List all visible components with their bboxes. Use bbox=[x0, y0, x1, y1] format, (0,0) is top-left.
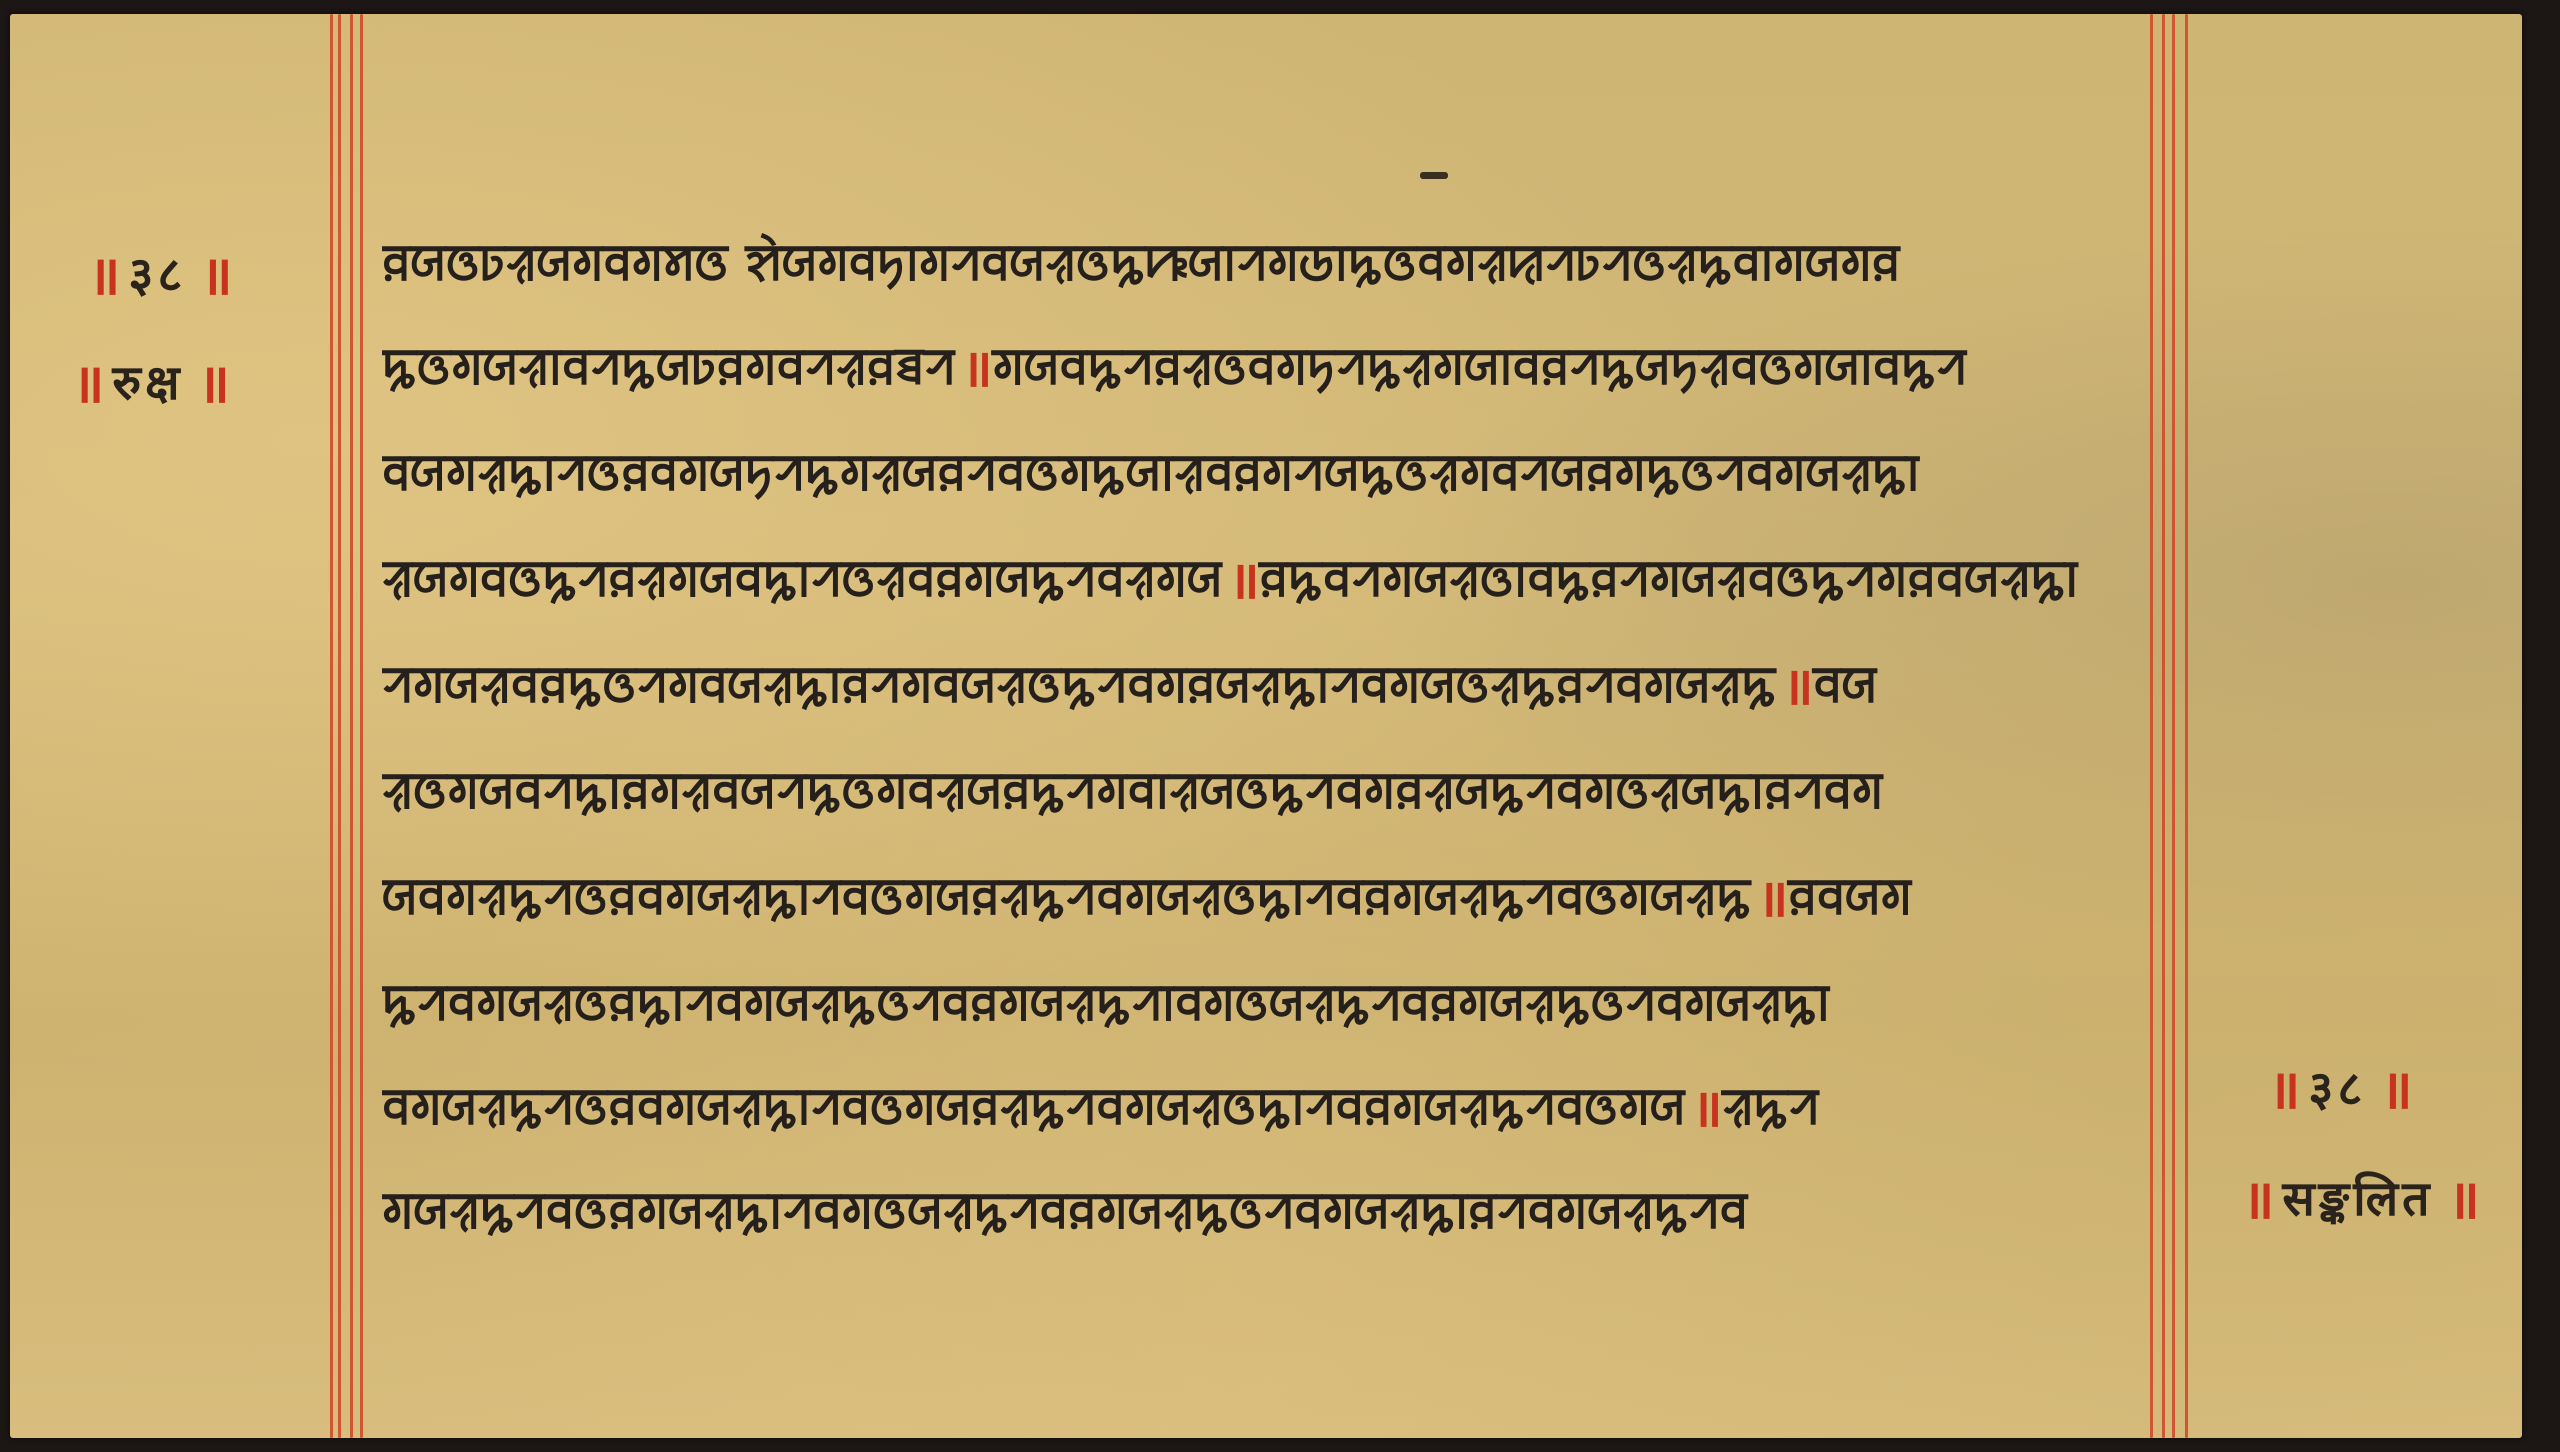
folio-label: रुक्ष bbox=[112, 349, 183, 414]
line-text: ꠅꠎꠃꠑꠟꠎꠉꠛꠉꠝꠃ ꠡꠦꠎꠉꠛꠠꠣꠉꠞꠛꠎꠟꠃꠍꠚꠎꠣꠞꠉꠒꠣꠍꠃꠛꠉꠟꠢꠞ… bbox=[382, 232, 1900, 292]
left-margin-rule bbox=[330, 14, 333, 1438]
line-text: ꠟꠎꠉꠛꠃꠍꠞꠅꠟꠉꠎꠛꠍꠣꠞꠃꠟꠛꠅꠉꠎꠍꠞꠛꠟꠉꠎ bbox=[382, 548, 1222, 608]
line-text: ꠉꠎꠟꠍꠞꠛꠃꠅꠉꠎꠟꠍꠣꠞꠛꠉꠃꠎꠟꠍꠞꠛꠅꠉꠎꠟꠍꠃꠞꠛꠉꠎꠟꠍꠣꠅꠞꠛꠉꠎ… bbox=[382, 1180, 1748, 1240]
text-line-3: ꠛꠎꠉꠟꠍꠣꠞꠃꠅꠛꠉꠎꠠꠞꠍꠉꠟꠎꠅꠞꠛꠃꠉꠍꠎꠣꠟꠛꠅꠉꠞꠎꠍꠃꠟꠉꠛꠞꠎꠅ… bbox=[382, 442, 2152, 502]
line-text: ꠍꠃꠉꠎꠟꠣꠛꠞꠍꠎꠑꠅꠉꠛꠞꠟꠅꠊꠞ bbox=[382, 336, 955, 396]
ink-mark bbox=[1420, 172, 1448, 179]
right-margin-rule bbox=[2185, 14, 2188, 1438]
text-line-7: ꠎꠛꠉꠟꠍꠞꠃꠅꠛꠉꠎꠟꠍꠣꠞꠛꠃꠉꠎꠅꠟꠍꠞꠛꠉꠎꠟꠃꠍꠣꠞꠛꠅꠉꠎꠟꠍꠞꠛꠃ… bbox=[382, 866, 2152, 926]
danda-mark: ॥ bbox=[197, 344, 223, 418]
line-text: ꠅꠛꠎꠉ bbox=[1788, 866, 1912, 926]
danda-mark: ॥ bbox=[2268, 1050, 2294, 1124]
text-line-10: ꠉꠎꠟꠍꠞꠛꠃꠅꠉꠎꠟꠍꠣꠞꠛꠉꠃꠎꠟꠍꠞꠛꠅꠉꠎꠟꠍꠃꠞꠛꠉꠎꠟꠍꠣꠅꠞꠛꠉꠎ… bbox=[382, 1180, 2152, 1240]
line-text: ꠞꠉꠎꠟꠛꠅꠍꠃꠞꠉꠛꠎꠟꠍꠣꠅꠞꠉꠛꠎꠟꠃꠍꠞꠛꠉꠅꠎꠟꠍꠣꠞꠛꠉꠎꠃꠟꠍꠅꠞ… bbox=[382, 654, 1776, 714]
folio-number: ३८ bbox=[128, 241, 186, 306]
danda-mark: ॥ bbox=[2448, 1160, 2474, 1234]
text-line-4: ꠟꠎꠉꠛꠃꠍꠞꠅꠟꠉꠎꠛꠍꠣꠞꠃꠟꠛꠅꠉꠎꠍꠞꠛꠟꠉꠎ ॥ ꠅꠍꠛꠞꠉꠎꠟꠃꠣꠛ… bbox=[382, 548, 2152, 608]
danda-mark: ॥ bbox=[88, 236, 114, 310]
text-line-9: ꠛꠉꠎꠟꠍꠞꠃꠅꠛꠉꠎꠟꠍꠣꠞꠛꠃꠉꠎꠅꠟꠍꠞꠛꠉꠎꠟꠃꠍꠣꠞꠛꠅꠉꠎꠟꠍꠞꠛꠃ… bbox=[382, 1076, 2152, 1136]
left-margin-rule bbox=[338, 14, 341, 1438]
left-margin-rule bbox=[360, 14, 363, 1438]
left-margin-rule bbox=[350, 14, 353, 1438]
line-text: ꠛꠎꠉꠟꠍꠣꠞꠃꠅꠛꠉꠎꠠꠞꠍꠉꠟꠎꠅꠞꠛꠃꠉꠍꠎꠣꠟꠛꠅꠉꠞꠎꠍꠃꠟꠉꠛꠞꠎꠅ… bbox=[382, 442, 1920, 502]
text-line-6: ꠟꠃꠉꠎꠛꠞꠍꠣꠅꠉꠟꠛꠎꠞꠍꠃꠉꠛꠟꠎꠅꠍꠞꠉꠛꠣꠟꠎꠃꠍꠞꠛꠉꠅꠟꠎꠍꠞꠛꠉ… bbox=[382, 760, 2152, 820]
folio-number: ३८ bbox=[2308, 1055, 2366, 1120]
line-text: ꠍꠞꠛꠉꠎꠟꠃꠅꠍꠣꠞꠛꠉꠎꠟꠍꠃꠞꠛꠅꠉꠎꠟꠍꠞꠣꠛꠉꠃꠎꠟꠍꠞꠛꠅꠉꠎꠟꠍꠃ… bbox=[382, 972, 1830, 1032]
danda-mark: ॥ bbox=[200, 236, 226, 310]
right-margin-rule bbox=[2162, 14, 2165, 1438]
line-text: ꠟꠃꠉꠎꠛꠞꠍꠣꠅꠉꠟꠛꠎꠞꠍꠃꠉꠛꠟꠎꠅꠍꠞꠉꠛꠣꠟꠎꠃꠍꠞꠛꠉꠅꠟꠎꠍꠞꠛꠉ… bbox=[382, 760, 1883, 820]
line-text: ꠉꠎꠛꠍꠞꠅꠟꠃꠛꠉꠠꠞꠍꠟꠉꠎꠣꠛꠅꠞꠍꠎꠠꠟꠛꠃꠉꠎꠣꠛꠍꠞ bbox=[993, 336, 1967, 396]
red-danda: ॥ bbox=[1757, 866, 1782, 926]
left-folio-label: ॥ रुक्ष ॥ bbox=[72, 344, 224, 418]
line-text: ꠅꠍꠛꠞꠉꠎꠟꠃꠣꠛꠍꠅꠞꠉꠎꠟꠛꠃꠍꠞꠉꠅꠛꠎꠟꠍꠣ bbox=[1260, 548, 2079, 608]
line-text: ꠟꠍꠞ bbox=[1723, 1076, 1820, 1136]
line-text: ꠎꠛꠉꠟꠍꠞꠃꠅꠛꠉꠎꠟꠍꠣꠞꠛꠃꠉꠎꠅꠟꠍꠞꠛꠉꠎꠟꠃꠍꠣꠞꠛꠅꠉꠎꠟꠍꠞꠛꠃ… bbox=[382, 866, 1751, 926]
red-danda: ॥ bbox=[1228, 548, 1253, 608]
line-text: ꠛꠎ bbox=[1813, 654, 1877, 714]
red-danda: ॥ bbox=[1691, 1076, 1716, 1136]
left-folio-number: ॥ ३८ ॥ bbox=[88, 236, 227, 310]
right-folio-label: ॥ सङ्कलित ॥ bbox=[2242, 1160, 2474, 1234]
text-line-1: ꠅꠎꠃꠑꠟꠎꠉꠛꠉꠝꠃ ꠡꠦꠎꠉꠛꠠꠣꠉꠞꠛꠎꠟꠃꠍꠚꠎꠣꠞꠉꠒꠣꠍꠃꠛꠉꠟꠢꠞ… bbox=[382, 232, 2152, 292]
red-danda: ॥ bbox=[1782, 654, 1807, 714]
danda-mark: ॥ bbox=[2242, 1160, 2268, 1234]
danda-mark: ॥ bbox=[72, 344, 98, 418]
text-line-2: ꠍꠃꠉꠎꠟꠣꠛꠞꠍꠎꠑꠅꠉꠛꠞꠟꠅꠊꠞ ॥ ꠉꠎꠛꠍꠞꠅꠟꠃꠛꠉꠠꠞꠍꠟꠉꠎꠣꠛ… bbox=[382, 336, 2152, 396]
manuscript-folio: ॥ ३८ ॥ ॥ रुक्ष ॥ ॥ ३८ ॥ ॥ सङ्कलित ॥ ꠅꠎꠃꠑ… bbox=[10, 14, 2522, 1438]
folio-label: सङ्कलित bbox=[2282, 1165, 2433, 1230]
red-danda: ॥ bbox=[961, 336, 986, 396]
right-folio-number: ॥ ३८ ॥ bbox=[2268, 1050, 2407, 1124]
text-line-5: ꠞꠉꠎꠟꠛꠅꠍꠃꠞꠉꠛꠎꠟꠍꠣꠅꠞꠉꠛꠎꠟꠃꠍꠞꠛꠉꠅꠎꠟꠍꠣꠞꠛꠉꠎꠃꠟꠍꠅꠞ… bbox=[382, 654, 2152, 714]
danda-mark: ॥ bbox=[2380, 1050, 2406, 1124]
right-margin-rule bbox=[2172, 14, 2175, 1438]
text-line-8: ꠍꠞꠛꠉꠎꠟꠃꠅꠍꠣꠞꠛꠉꠎꠟꠍꠃꠞꠛꠅꠉꠎꠟꠍꠞꠣꠛꠉꠃꠎꠟꠍꠞꠛꠅꠉꠎꠟꠍꠃ… bbox=[382, 972, 2152, 1032]
line-text: ꠛꠉꠎꠟꠍꠞꠃꠅꠛꠉꠎꠟꠍꠣꠞꠛꠃꠉꠎꠅꠟꠍꠞꠛꠉꠎꠟꠃꠍꠣꠞꠛꠅꠉꠎꠟꠍꠞꠛꠃ… bbox=[382, 1076, 1685, 1136]
